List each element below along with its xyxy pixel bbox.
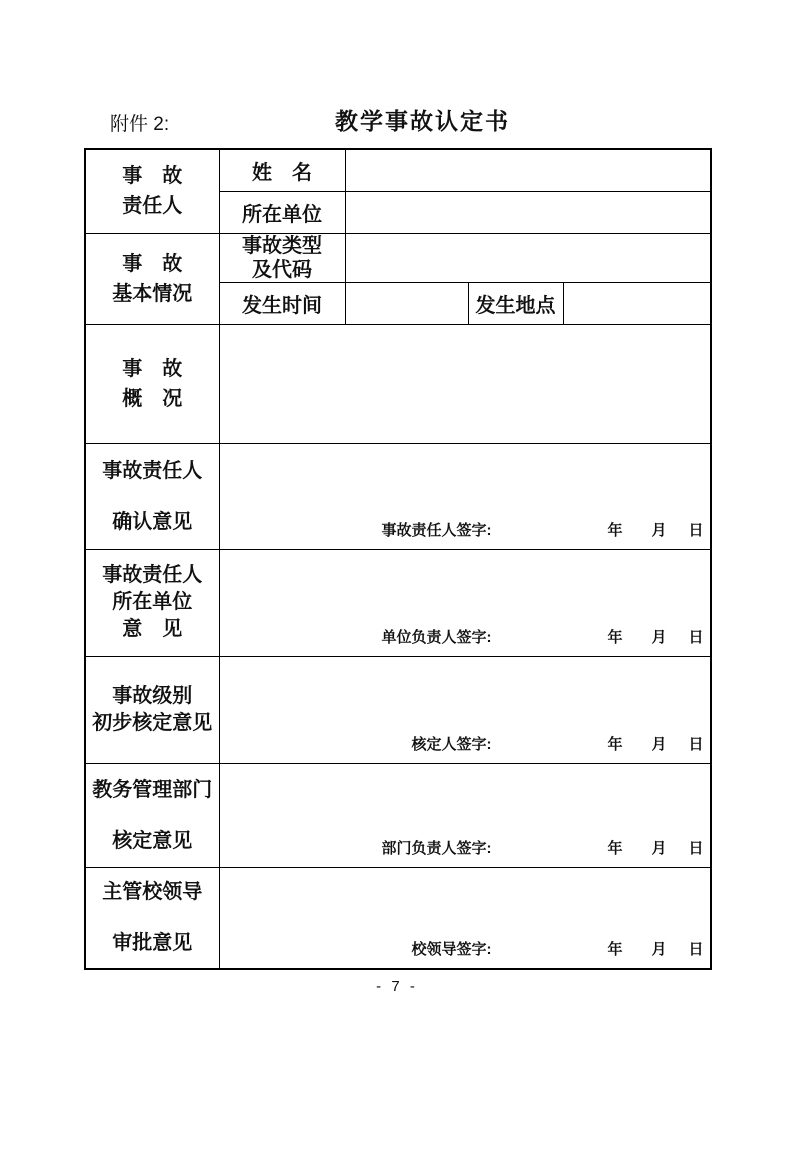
group-label-confirm-opinion: 事故责任人 确认意见 bbox=[85, 443, 219, 549]
group-label-accident-basic: 事 故 基本情况 bbox=[85, 233, 219, 324]
field-value-type-code[interactable] bbox=[345, 233, 711, 282]
accident-form-table: 事 故 责任人 姓 名 所在单位 事 故 基本情况 事故类型 及代码 bbox=[84, 148, 712, 970]
signature-label: 部门负责人签字: bbox=[220, 839, 492, 859]
group-label-line: 意 见 bbox=[86, 616, 219, 643]
group-label-line: 所在单位 bbox=[86, 589, 219, 616]
group-label-line: 确认意见 bbox=[86, 511, 219, 533]
signature-label: 单位负责人签字: bbox=[220, 628, 492, 648]
opinion-cell-confirm: 事故责任人签字: 年 月 日 bbox=[219, 443, 711, 549]
group-label-line: 初步核定意见 bbox=[86, 710, 219, 737]
group-label-line: 责任人 bbox=[86, 191, 219, 221]
row-overview: 事 故 概 况 bbox=[85, 324, 711, 443]
signature-label: 事故责任人签字: bbox=[220, 521, 492, 541]
opinion-cell-leader: 校领导签字: 年 月 日 bbox=[219, 867, 711, 969]
group-label-line: 基本情况 bbox=[86, 279, 219, 309]
row-unit-opinion: 事故责任人 所在单位 意 见 单位负责人签字: 年 月 日 bbox=[85, 549, 711, 656]
group-label-line: 事故级别 bbox=[86, 683, 219, 710]
field-label-line: 及代码 bbox=[220, 258, 345, 282]
field-label-unit: 所在单位 bbox=[219, 191, 345, 233]
date-month-label: 月 bbox=[652, 735, 667, 755]
date-day-label: 日 bbox=[689, 940, 704, 960]
field-label-place: 发生地点 bbox=[468, 282, 563, 324]
field-value-overview[interactable] bbox=[219, 324, 711, 443]
date-year-label: 年 bbox=[608, 839, 623, 859]
field-value-time[interactable] bbox=[345, 282, 468, 324]
date-year-label: 年 bbox=[608, 735, 623, 755]
date-day-label: 日 bbox=[689, 628, 704, 648]
document-page: 附件 2: 教学事故认定书 事 故 责任人 姓 名 所在单位 bbox=[0, 0, 794, 1158]
date-year-label: 年 bbox=[608, 940, 623, 960]
opinion-cell-unit: 单位负责人签字: 年 月 日 bbox=[219, 549, 711, 656]
attachment-label: 附件 2: bbox=[110, 109, 169, 136]
field-value-name[interactable] bbox=[345, 149, 711, 191]
opinion-inner: 部门负责人签字: 年 月 日 bbox=[220, 839, 711, 867]
opinion-cell-dept: 部门负责人签字: 年 月 日 bbox=[219, 763, 711, 867]
signature-line: 单位负责人签字: 年 月 日 bbox=[220, 628, 711, 656]
opinion-inner: 事故责任人签字: 年 月 日 bbox=[220, 521, 711, 549]
group-label-line: 事故责任人 bbox=[86, 562, 219, 589]
date-year-label: 年 bbox=[608, 521, 623, 541]
date-month-label: 月 bbox=[652, 940, 667, 960]
signature-label: 核定人签字: bbox=[220, 735, 492, 755]
group-label-line: 事故责任人 bbox=[86, 460, 219, 482]
group-label-line: 教务管理部门 bbox=[86, 779, 219, 801]
row-name: 事 故 责任人 姓 名 bbox=[85, 149, 711, 191]
group-label-line: 事 故 bbox=[86, 161, 219, 191]
row-dept-check: 教务管理部门 核定意见 部门负责人签字: 年 月 日 bbox=[85, 763, 711, 867]
opinion-cell-level: 核定人签字: 年 月 日 bbox=[219, 656, 711, 763]
group-label-leader-approval: 主管校领导 审批意见 bbox=[85, 867, 219, 969]
date-month-label: 月 bbox=[652, 521, 667, 541]
signature-line: 校领导签字: 年 月 日 bbox=[220, 940, 711, 968]
group-label-line: 审批意见 bbox=[86, 932, 219, 954]
date-day-label: 日 bbox=[689, 839, 704, 859]
group-label-dept-check: 教务管理部门 核定意见 bbox=[85, 763, 219, 867]
signature-label: 校领导签字: bbox=[220, 940, 492, 960]
opinion-inner: 校领导签字: 年 月 日 bbox=[220, 940, 711, 968]
opinion-inner: 单位负责人签字: 年 月 日 bbox=[220, 628, 711, 656]
signature-line: 核定人签字: 年 月 日 bbox=[220, 735, 711, 763]
signature-line: 事故责任人签字: 年 月 日 bbox=[220, 521, 711, 549]
field-label-type-code: 事故类型 及代码 bbox=[219, 233, 345, 282]
group-label-line: 核定意见 bbox=[86, 830, 219, 852]
row-confirm-opinion: 事故责任人 确认意见 事故责任人签字: 年 月 日 bbox=[85, 443, 711, 549]
group-label-line: 主管校领导 bbox=[86, 881, 219, 903]
group-label-level-check: 事故级别 初步核定意见 bbox=[85, 656, 219, 763]
group-label-unit-opinion: 事故责任人 所在单位 意 见 bbox=[85, 549, 219, 656]
row-type-code: 事 故 基本情况 事故类型 及代码 bbox=[85, 233, 711, 282]
date-day-label: 日 bbox=[689, 735, 704, 755]
field-value-unit[interactable] bbox=[345, 191, 711, 233]
signature-line: 部门负责人签字: 年 月 日 bbox=[220, 839, 711, 867]
field-label-line: 事故类型 bbox=[220, 234, 345, 258]
field-label-name: 姓 名 bbox=[219, 149, 345, 191]
opinion-inner: 核定人签字: 年 月 日 bbox=[220, 735, 711, 763]
group-label-overview: 事 故 概 况 bbox=[85, 324, 219, 443]
row-leader-approval: 主管校领导 审批意见 校领导签字: 年 月 日 bbox=[85, 867, 711, 969]
row-level-check: 事故级别 初步核定意见 核定人签字: 年 月 日 bbox=[85, 656, 711, 763]
group-label-line: 事 故 bbox=[86, 354, 219, 384]
group-label-line: 概 况 bbox=[86, 384, 219, 414]
date-day-label: 日 bbox=[689, 521, 704, 541]
group-label-line: 事 故 bbox=[86, 249, 219, 279]
page-title: 教学事故认定书 bbox=[335, 103, 510, 136]
page-number: - 7 - bbox=[0, 978, 794, 995]
date-year-label: 年 bbox=[608, 628, 623, 648]
group-label-accident-person: 事 故 责任人 bbox=[85, 149, 219, 233]
date-month-label: 月 bbox=[652, 628, 667, 648]
field-label-time: 发生时间 bbox=[219, 282, 345, 324]
field-value-place[interactable] bbox=[563, 282, 711, 324]
form-wrapper: 事 故 责任人 姓 名 所在单位 事 故 基本情况 事故类型 及代码 bbox=[84, 148, 712, 970]
date-month-label: 月 bbox=[652, 839, 667, 859]
